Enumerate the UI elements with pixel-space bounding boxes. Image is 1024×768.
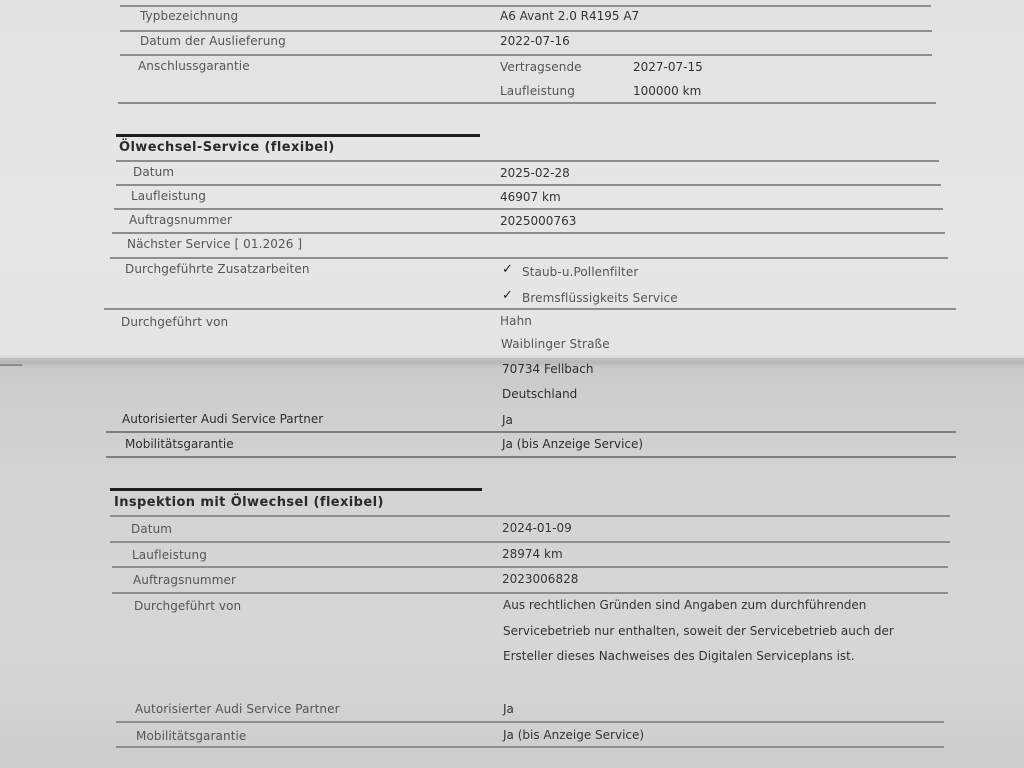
next-service-label: Nächster Service [ 01.2026 ] — [127, 237, 302, 251]
row-divider — [104, 308, 956, 310]
workshop-street: Waiblinger Straße — [501, 337, 610, 351]
workshop-city: 70734 Fellbach — [502, 362, 593, 376]
inspection-performed-by-label: Durchgeführt von — [134, 599, 241, 613]
oil-mobility-label: Mobilitätsgarantie — [125, 437, 234, 451]
inspection-authorized-label: Autorisierter Audi Service Partner — [135, 702, 340, 716]
oil-order-value: 2025000763 — [500, 214, 576, 228]
oil-mileage-label: Laufleistung — [131, 189, 206, 203]
inspection-mileage-label: Laufleistung — [132, 548, 207, 562]
row-divider — [106, 431, 956, 433]
inspection-date-value: 2024-01-09 — [502, 521, 572, 535]
warranty-label: Anschlussgarantie — [138, 59, 250, 73]
oil-authorized-label: Autorisierter Audi Service Partner — [122, 412, 323, 426]
section-rule — [110, 488, 482, 491]
oil-date-label: Datum — [133, 165, 174, 179]
oil-mileage-value: 46907 km — [500, 190, 561, 204]
contract-end-label: Vertragsende — [500, 60, 582, 74]
row-divider — [118, 102, 936, 104]
inspection-mobility-value: Ja (bis Anzeige Service) — [503, 728, 644, 742]
row-divider — [120, 54, 932, 56]
check-icon: ✓ — [502, 288, 513, 303]
inspection-order-label: Auftragsnummer — [133, 573, 236, 587]
check-icon: ✓ — [502, 262, 513, 277]
contract-end-value: 2027-07-15 — [633, 60, 703, 74]
workshop-name: Hahn — [500, 314, 532, 328]
oil-authorized-value: Ja — [502, 413, 513, 427]
delivery-date-value: 2022-07-16 — [500, 34, 570, 48]
row-divider — [112, 592, 948, 594]
oil-service-title: Ölwechsel-Service (flexibel) — [119, 141, 335, 155]
row-divider — [110, 515, 950, 517]
row-divider — [114, 208, 943, 210]
inspection-mobility-label: Mobilitätsgarantie — [136, 729, 246, 743]
row-divider — [110, 257, 948, 259]
row-divider — [106, 456, 956, 458]
row-divider — [110, 541, 950, 543]
row-divider — [116, 160, 939, 162]
type-label: Typbezeichnung — [140, 9, 238, 23]
fold-mark — [0, 364, 22, 366]
section-rule — [116, 134, 480, 137]
inspection-mileage-value: 28974 km — [502, 547, 563, 561]
oil-mobility-value: Ja (bis Anzeige Service) — [502, 437, 643, 451]
legal-notice-line: Ersteller dieses Nachweises des Digitale… — [503, 649, 855, 663]
inspection-order-value: 2023006828 — [502, 572, 578, 586]
inspection-title: Inspektion mit Ölwechsel (flexibel) — [114, 496, 384, 510]
oil-date-value: 2025-02-28 — [500, 166, 570, 180]
row-divider — [116, 721, 944, 723]
type-value: A6 Avant 2.0 R4195 A7 — [500, 9, 639, 23]
legal-notice-line: Servicebetrieb nur enthalten, soweit der… — [503, 624, 894, 638]
oil-order-label: Auftragsnummer — [129, 213, 232, 227]
delivery-date-label: Datum der Auslieferung — [140, 34, 286, 48]
row-divider — [120, 30, 932, 32]
row-divider — [112, 566, 948, 568]
row-divider — [112, 232, 945, 234]
extra-work-label: Durchgeführte Zusatzarbeiten — [125, 262, 310, 276]
extra-work-text: Bremsflüssigkeits Service — [522, 291, 678, 305]
inspection-date-label: Datum — [131, 522, 172, 536]
workshop-country: Deutschland — [502, 387, 577, 401]
warranty-mileage-value: 100000 km — [633, 84, 701, 98]
inspection-authorized-value: Ja — [503, 702, 514, 716]
row-divider — [120, 5, 931, 7]
row-divider — [116, 746, 944, 748]
row-divider — [116, 184, 941, 186]
oil-performed-by-label: Durchgeführt von — [121, 315, 228, 329]
extra-work-text: Staub-u.Pollenfilter — [522, 265, 638, 279]
legal-notice-line: Aus rechtlichen Gründen sind Angaben zum… — [503, 598, 866, 612]
warranty-mileage-label: Laufleistung — [500, 84, 575, 98]
